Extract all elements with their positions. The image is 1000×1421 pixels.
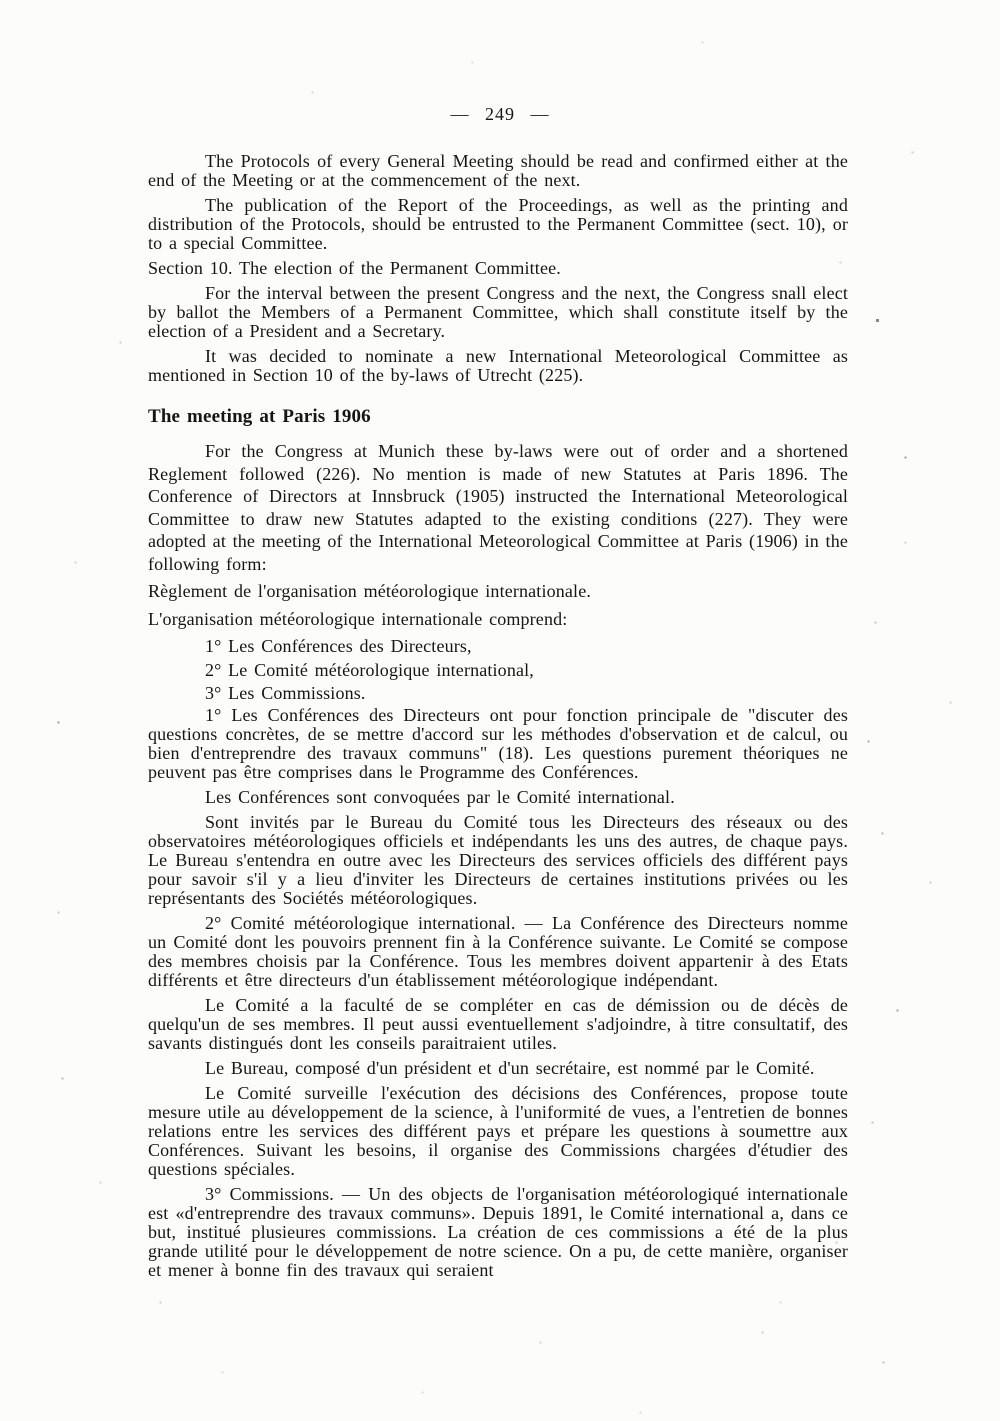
scanned-document-page: — 249 — The Protocols of every General M… (0, 0, 1000, 1421)
paragraph-fr-invites-bureau: Sont invités par le Bureau du Comité tou… (148, 813, 848, 908)
paragraph-congress-munich: For the Congress at Munich these by-laws… (148, 440, 848, 575)
page-number: — 249 — (0, 104, 1000, 125)
paragraph-nominate-committee: It was decided to nominate a new Interna… (148, 347, 848, 385)
list-item-commissions: 3° Les Commissions. (205, 682, 848, 705)
page-content: The Protocols of every General Meeting s… (148, 152, 848, 1280)
paragraph-fr-comite-surveille: Le Comité surveille l'exécution des déci… (148, 1084, 848, 1179)
paragraph-interval-congress: For the interval between the present Con… (148, 284, 848, 341)
scan-noise-specks (0, 0, 1, 1)
organisation-comprend-line: L'organisation météorologique internatio… (148, 608, 848, 631)
paragraph-fr-comite-international: 2° Comité météorologique international. … (148, 914, 848, 990)
list-item-comite-international: 2° Le Comité météorologique internationa… (205, 659, 848, 682)
paragraph-fr-commissions-objects: 3° Commissions. — Un des objects de l'or… (148, 1185, 848, 1280)
section-heading-paris-1906: The meeting at Paris 1906 (148, 407, 848, 426)
list-item-conferences-directeurs: 1° Les Conférences des Directeurs, (205, 635, 848, 658)
paragraph-protocols-read: The Protocols of every General Meeting s… (148, 152, 848, 190)
paragraph-fr-convoquees: Les Conférences sont convoquées par le C… (148, 788, 848, 807)
section-10-line: Section 10. The election of the Permanen… (148, 259, 848, 278)
paragraph-fr-faculte-completer: Le Comité a la faculté de se compléter e… (148, 996, 848, 1053)
paragraph-fr-conferences-fonction: 1° Les Conférences des Directeurs ont po… (148, 706, 848, 782)
reglement-title-line: Règlement de l'organisation météorologiq… (148, 580, 848, 603)
paragraph-publication-report: The publication of the Report of the Pro… (148, 196, 848, 253)
paragraph-fr-bureau-compose: Le Bureau, composé d'un président et d'u… (148, 1059, 848, 1078)
